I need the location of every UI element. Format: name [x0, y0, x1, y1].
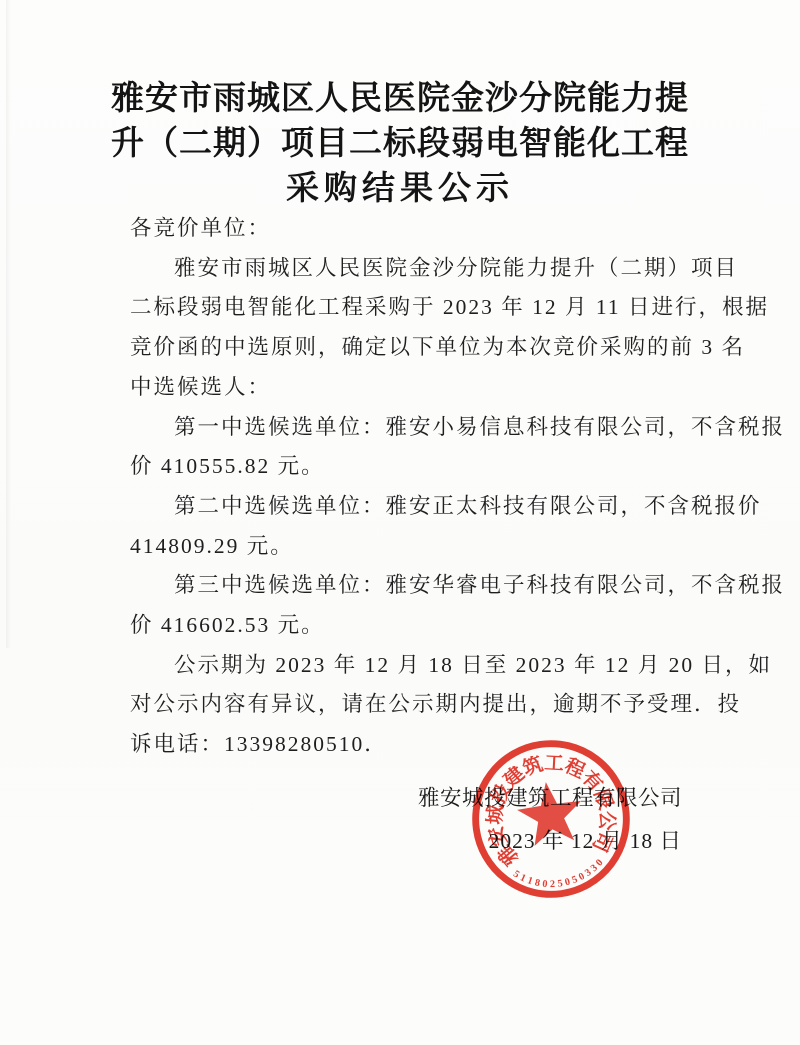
body-line: 二标段弱电智能化工程采购于 2023 年 12 月 11 日进行，根据: [130, 288, 708, 328]
title-line: 升（二期）项目二标段弱电智能化工程: [96, 122, 704, 167]
body-line: 雅安市雨城区人民医院金沙分院能力提升（二期）项目: [130, 249, 708, 289]
scan-edge-artifact: [6, 0, 11, 648]
body-line: 价 416602.53 元。: [130, 606, 708, 646]
title-line: 采购结果公示: [96, 167, 704, 212]
seal-code: 5118025050330: [510, 856, 608, 896]
seal-code-digit: 8: [534, 877, 541, 889]
seal-code-digit: 1: [526, 875, 534, 887]
body-line: 竞价函的中选原则，确定以下单位为本次竞价采购的前 3 名: [130, 328, 708, 368]
signature-date: 2023 年 12 月 18 日: [418, 829, 682, 853]
seal-code-digit: 5: [571, 874, 580, 886]
seal-code-digit: 0: [564, 877, 572, 889]
signature-company: 雅安城投建筑工程有限公司: [418, 786, 682, 810]
body-line: 中选候选人：: [130, 368, 708, 408]
body-line: 对公示内容有异议，请在公示期内提出，逾期不予受理．投: [130, 685, 708, 725]
seal-code-digit: 3: [589, 862, 600, 874]
seal-code-digit: 1: [518, 872, 527, 884]
seal-code-digit: 3: [583, 867, 593, 879]
body-line: 公示期为 2023 年 12 月 18 日至 2023 年 12 月 20 日，…: [130, 646, 708, 686]
seal-code-digit: 0: [577, 871, 587, 883]
body-line: 第二中选候选单位：雅安正太科技有限公司，不含税报价: [130, 487, 708, 527]
seal-code-digit: 5: [511, 869, 521, 881]
body-line: 诉电话：13398280510．: [130, 725, 708, 765]
seal-code-digit: 5: [557, 878, 564, 890]
seal-code-digit: 0: [594, 857, 606, 868]
body-line: 第一中选候选单位：雅安小易信息科技有限公司，不含税报: [130, 408, 708, 448]
document-title: 雅安市雨城区人民医院金沙分院能力提 升（二期）项目二标段弱电智能化工程 采购结果…: [96, 77, 704, 212]
signature-block: 雅安城投建筑工程有限公司 2023 年 12 月 18 日: [418, 786, 682, 853]
seal-code-digit: 0: [542, 879, 548, 890]
body-text: 各竞价单位： 雅安市雨城区人民医院金沙分院能力提升（二期）项目 二标段弱电智能化…: [130, 209, 708, 765]
title-line: 雅安市雨城区人民医院金沙分院能力提: [96, 77, 704, 122]
body-line: 414809.29 元。: [130, 527, 708, 567]
seal-code-digit: 2: [550, 879, 555, 890]
body-line: 价 410555.82 元。: [130, 447, 708, 487]
salutation: 各竞价单位：: [130, 209, 708, 249]
document-page: 雅安市雨城区人民医院金沙分院能力提 升（二期）项目二标段弱电智能化工程 采购结果…: [0, 0, 800, 1045]
body-line: 第三中选候选单位：雅安华睿电子科技有限公司，不含税报: [130, 566, 708, 606]
